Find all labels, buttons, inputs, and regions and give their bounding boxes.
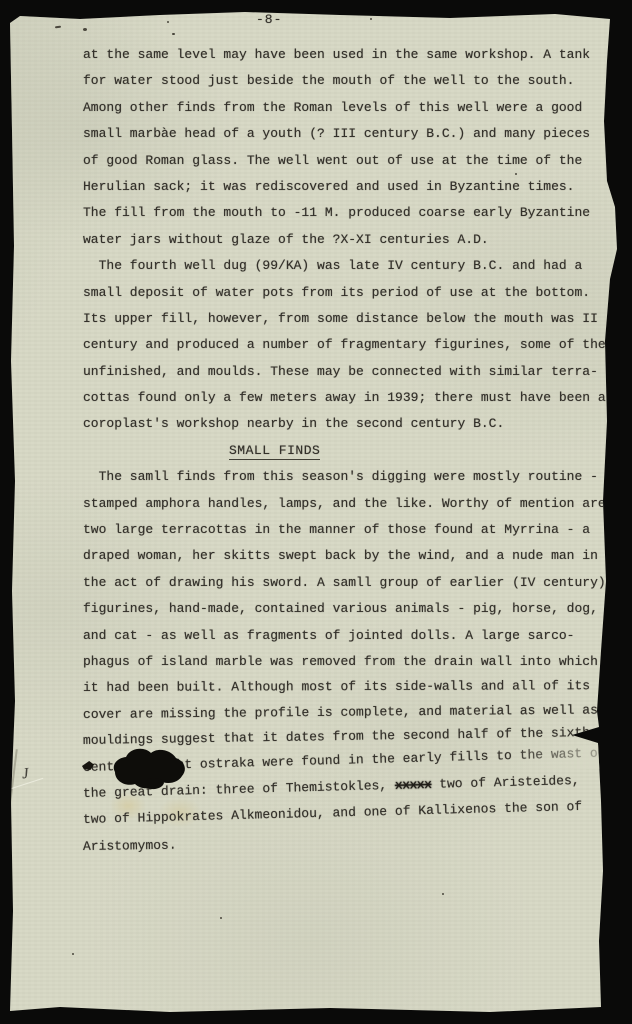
document-page: -8- at the same level may have been used… — [10, 11, 618, 1014]
paper-speck — [442, 893, 444, 895]
text-line: small marbàe head of a youth (? III cent… — [83, 121, 618, 147]
text-line: cottas found only a few meters away in 1… — [83, 385, 618, 411]
paper-speck — [83, 28, 87, 31]
paper-speck — [172, 33, 175, 35]
text-line: stamped amphora handles, lamps, and the … — [83, 491, 618, 517]
text-line: and cat - as well as fragments of jointe… — [83, 623, 618, 649]
paper-speck — [220, 917, 222, 919]
text-line: phagus of island marble was removed from… — [83, 649, 618, 675]
text-line: Among other finds from the Roman levels … — [83, 95, 618, 121]
text-line: The fill from the mouth to -11 M. produc… — [83, 200, 618, 226]
text-line: two large terracottas in the manner of t… — [83, 517, 618, 543]
text-line: water jars without glaze of the ?X-XI ce… — [83, 227, 618, 253]
text-line: at the same level may have been used in … — [83, 42, 618, 68]
section-heading: SMALL FINDS — [229, 443, 320, 460]
paper-speck — [72, 953, 74, 955]
text-line: draped woman, her skitts swept back by t… — [83, 543, 618, 569]
text-line: the act of drawing his sword. A samll gr… — [83, 570, 618, 596]
text-line: Aristomymos. — [83, 826, 618, 860]
section-heading-line: SMALL FINDS — [83, 438, 618, 464]
struck-out-word: xxxxx — [395, 777, 432, 793]
faded-text-area — [508, 745, 609, 772]
text-line: Its upper fill, however, from some dista… — [83, 306, 618, 332]
margin-mark-j: J — [21, 766, 29, 784]
text-line: Herulian sack; it was rediscovered and u… — [83, 174, 618, 200]
text-line: of good Roman glass. The well went out o… — [83, 148, 618, 174]
page-body: at the same level may have been used in … — [83, 42, 618, 860]
text-line: century and produced a number of fragmen… — [83, 332, 618, 358]
page-number: -8- — [256, 12, 282, 27]
paper-crease — [8, 749, 17, 811]
paper-speck — [515, 173, 517, 175]
text-segment: two of Aristeides, — [431, 773, 580, 792]
ink-blot — [108, 745, 190, 795]
text-line: unfinished, and moulds. These may be con… — [83, 359, 618, 385]
text-line: figurines, hand-made, contained various … — [83, 596, 618, 622]
paper-speck — [167, 21, 169, 23]
text-line: The fourth well dug (99/KA) was late IV … — [83, 253, 618, 279]
text-line: coroplast's workshop nearby in the secon… — [83, 411, 618, 437]
text-line: for water stood just beside the mouth of… — [83, 68, 618, 94]
text-line: small deposit of water pots from its per… — [83, 280, 618, 306]
paper-speck — [370, 18, 372, 20]
text-line: The samll finds from this season's diggi… — [83, 464, 618, 490]
paper-speck — [55, 26, 61, 29]
